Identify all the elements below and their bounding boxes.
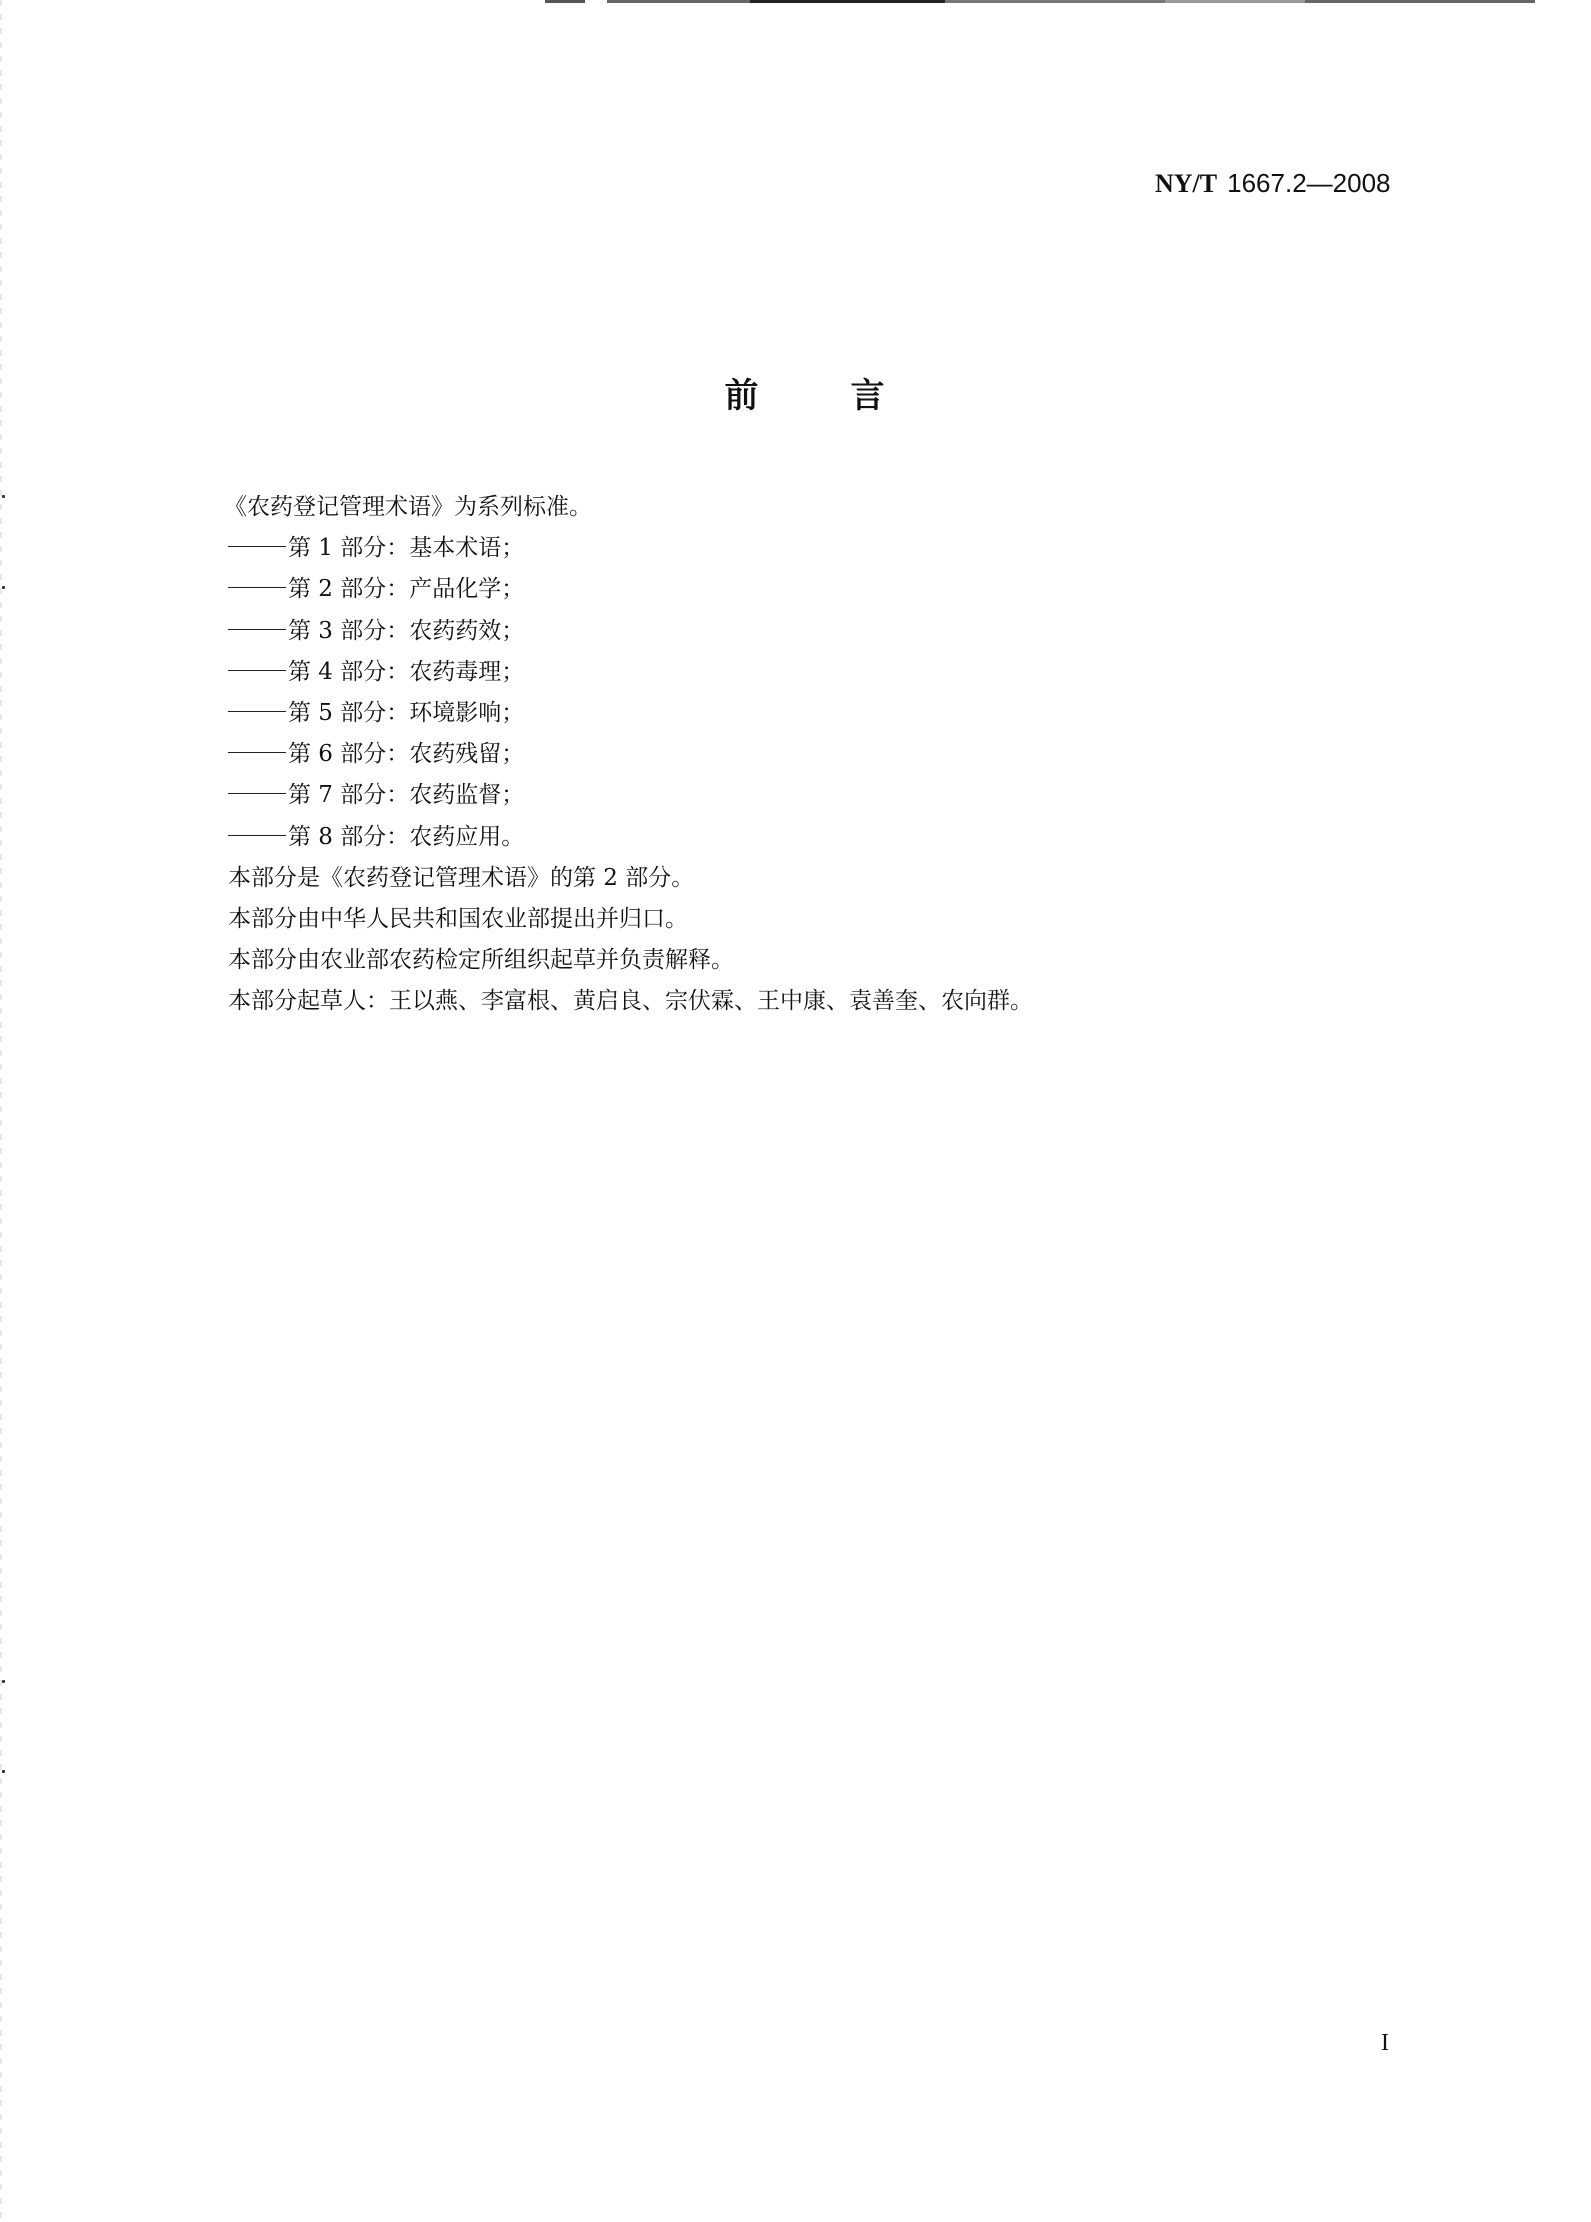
standard-prefix: NY/T	[1155, 169, 1217, 198]
part-name: 农药应用。	[409, 824, 524, 850]
part-label: 第 2 部分：	[288, 576, 409, 602]
part-label: 第 4 部分：	[288, 659, 409, 685]
part-name: 产品化学；	[409, 576, 524, 602]
em-dash-bullet	[228, 835, 286, 837]
statement-drafting-org: 本部分由农业部农药检定所组织起草并负责解释。	[228, 940, 1033, 981]
scan-speck	[2, 1680, 5, 1683]
part-list-item: 第 5 部分：环境影响；	[228, 693, 1033, 734]
em-dash-bullet	[228, 587, 286, 589]
part-label: 第 5 部分：	[288, 700, 409, 726]
em-dash-bullet	[228, 670, 286, 672]
title-char-2: 言	[851, 368, 885, 417]
part-label: 第 1 部分：	[288, 535, 409, 561]
statement-proposer: 本部分由中华人民共和国农业部提出并归口。	[228, 899, 1033, 940]
em-dash-bullet	[228, 793, 286, 795]
page-title: 前言	[0, 368, 1591, 417]
part-name: 农药药效；	[409, 618, 524, 644]
part-name: 基本术语；	[409, 535, 524, 561]
foreword-body: 《农药登记管理术语》为系列标准。 第 1 部分：基本术语； 第 2 部分：产品化…	[228, 487, 1033, 1022]
title-char-1: 前	[725, 368, 759, 417]
part-label: 第 8 部分：	[288, 824, 409, 850]
em-dash-bullet	[228, 752, 286, 754]
part-list-item: 第 1 部分：基本术语；	[228, 528, 1033, 569]
standard-code: NY/T1667.2—2008	[1155, 168, 1391, 199]
part-list-item: 第 8 部分：农药应用。	[228, 817, 1033, 858]
scan-left-edge-artifact	[0, 0, 2, 2222]
em-dash-bullet	[228, 546, 286, 548]
part-name: 环境影响；	[409, 700, 524, 726]
scan-speck	[2, 495, 5, 498]
scan-speck	[2, 586, 5, 589]
part-list-item: 第 4 部分：农药毒理；	[228, 652, 1033, 693]
part-label: 第 7 部分：	[288, 782, 409, 808]
standard-number: 1667.2—2008	[1227, 168, 1390, 198]
page-number: I	[1381, 2030, 1389, 2057]
statement-drafters: 本部分起草人：王以燕、李富根、黄启良、宗伏霖、王中康、袁善奎、农向群。	[228, 981, 1033, 1022]
part-label: 第 6 部分：	[288, 741, 409, 767]
part-name: 农药残留；	[409, 741, 524, 767]
part-label: 第 3 部分：	[288, 618, 409, 644]
scan-speck	[2, 1770, 5, 1773]
part-name: 农药毒理；	[409, 659, 524, 685]
part-list-item: 第 3 部分：农药药效；	[228, 611, 1033, 652]
scan-top-edge-artifact	[545, 0, 1535, 3]
series-intro: 《农药登记管理术语》为系列标准。	[224, 487, 1033, 528]
part-list-item: 第 7 部分：农药监督；	[228, 775, 1033, 816]
part-list-item: 第 2 部分：产品化学；	[228, 569, 1033, 610]
em-dash-bullet	[228, 629, 286, 631]
part-list-item: 第 6 部分：农药残留；	[228, 734, 1033, 775]
statement-part-of-series: 本部分是《农药登记管理术语》的第 2 部分。	[228, 858, 1033, 899]
part-name: 农药监督；	[409, 782, 524, 808]
em-dash-bullet	[228, 711, 286, 713]
